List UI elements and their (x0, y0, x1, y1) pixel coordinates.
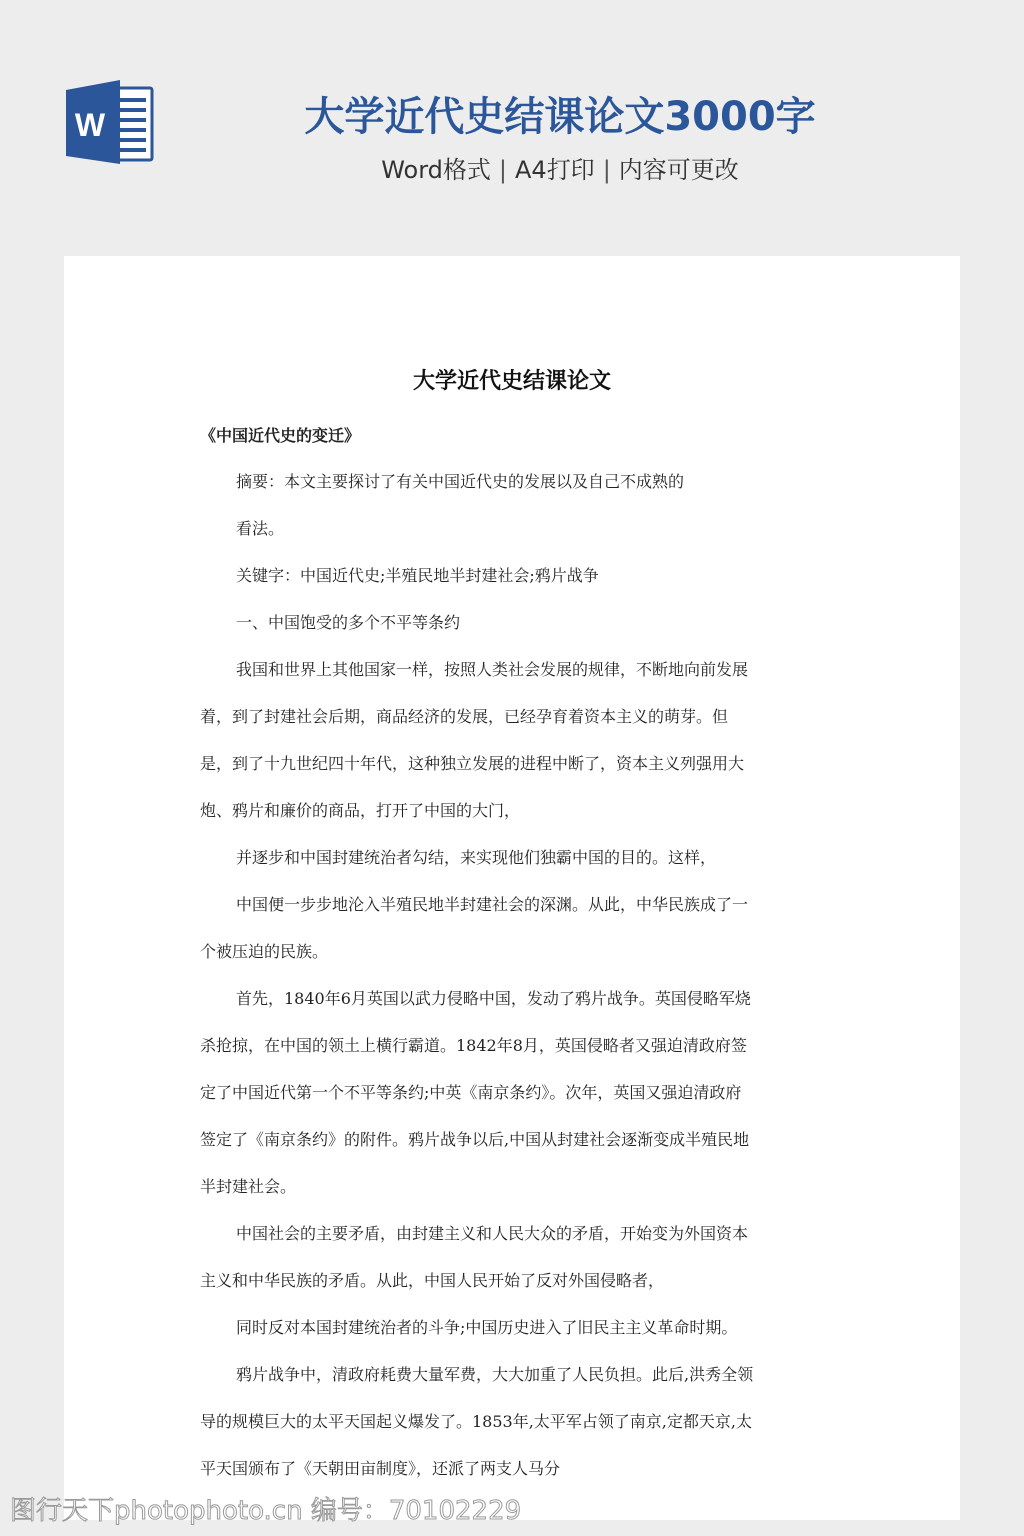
paragraph-line: 并逐步和中国封建统治者勾结，来实现他们独霸中国的目的。这样， (236, 846, 716, 870)
word-document-icon: W (64, 80, 156, 164)
paragraph-line: 签定了《南京条约》的附件。鸦片战争以后,中国从封建社会逐渐变成半殖民地 (200, 1128, 749, 1152)
subtitle-separator: | (499, 152, 507, 188)
paragraph-line: 鸦片战争中，清政府耗费大量军费，大大加重了人民负担。此后,洪秀全领 (236, 1363, 753, 1387)
paragraph-line: 一、中国饱受的多个不平等条约 (236, 611, 460, 635)
watermark: 图行天下photophoto.cn 编号：70102229 (10, 1490, 521, 1527)
header-banner: W 大学近代史结课论文3000字 Word格式|A4打印|内容可更改 (0, 0, 1024, 256)
banner-title: 大学近代史结课论文3000字 (300, 92, 820, 142)
document-page: 大学近代史结课论文 《中国近代史的变迁》摘要：本文主要探讨了有关中国近代史的发展… (64, 256, 960, 1520)
subtitle-editable: 内容可更改 (619, 156, 739, 184)
paragraph-line: 看法。 (236, 517, 284, 541)
paragraph-line: 关键字：中国近代史;半殖民地半封建社会;鸦片战争 (236, 564, 599, 588)
word-icon-graphic: W (64, 80, 156, 164)
paragraph-line: 个被压迫的民族。 (200, 940, 328, 964)
essay-subtitle: 《中国近代史的变迁》 (200, 424, 360, 448)
paragraph-line: 摘要：本文主要探讨了有关中国近代史的发展以及自己不成熟的 (236, 470, 684, 494)
paragraph-line: 着，到了封建社会后期，商品经济的发展，已经孕育着资本主义的萌芽。但 (200, 705, 728, 729)
paragraph-line: 是，到了十九世纪四十年代，这种独立发展的进程中断了，资本主义列强用大 (200, 752, 744, 776)
paragraph-line: 同时反对本国封建统治者的斗争;中国历史进入了旧民主主义革命时期。 (236, 1316, 737, 1340)
paragraph-line: 导的规模巨大的太平天国起义爆发了。1853年,太平军占领了南京,定都天京,太 (200, 1410, 752, 1434)
paragraph-line: 杀抢掠，在中国的领土上横行霸道。1842年8月，英国侵略者又强迫清政府签 (200, 1034, 747, 1058)
document-title: 大学近代史结课论文 (64, 364, 960, 395)
subtitle-print: A4打印 (515, 156, 595, 184)
paragraph-line: 主义和中华民族的矛盾。从此，中国人民开始了反对外国侵略者， (200, 1269, 664, 1293)
paragraph-line: 炮、鸦片和廉价的商品，打开了中国的大门， (200, 799, 520, 823)
subtitle-format: Word格式 (381, 156, 491, 184)
paragraph-line: 我国和世界上其他国家一样，按照人类社会发展的规律，不断地向前发展 (236, 658, 748, 682)
subtitle-separator: | (603, 152, 611, 188)
paragraph-line: 中国便一步步地沦入半殖民地半封建社会的深渊。从此，中华民族成了一 (236, 893, 748, 917)
paragraph-line: 定了中国近代第一个不平等条约;中英《南京条约》。次年，英国又强迫清政府 (200, 1081, 741, 1105)
paragraph-line: 平天国颁布了《天朝田亩制度》，还派了两支人马分 (200, 1457, 560, 1481)
paragraph-line: 半封建社会。 (200, 1175, 296, 1199)
paragraph-line: 首先，1840年6月英国以武力侵略中国，发动了鸦片战争。英国侵略军烧 (236, 987, 751, 1011)
svg-text:W: W (75, 107, 106, 143)
paragraph-line: 中国社会的主要矛盾，由封建主义和人民大众的矛盾，开始变为外国资本 (236, 1222, 748, 1246)
banner-subtitle: Word格式|A4打印|内容可更改 (300, 152, 820, 188)
